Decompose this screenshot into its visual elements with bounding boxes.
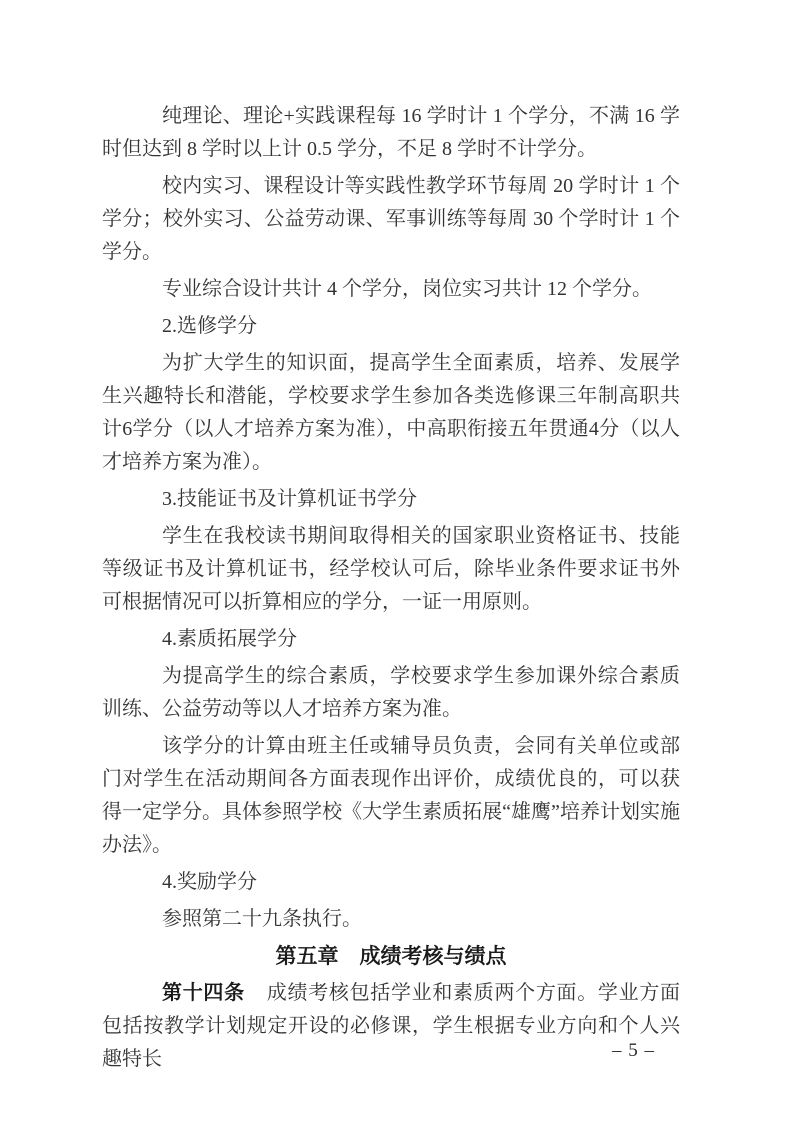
- subhead-quality-development-credits: 4.素质拓展学分: [102, 623, 680, 656]
- document-page: 纯理论、理论+实践课程每 16 学时计 1 个学分，不满 16 学时但达到 8 …: [102, 100, 680, 1080]
- article-14-label: 第十四条: [162, 982, 245, 1004]
- document-viewer: { "page": { "background_color": "#ffffff…: [0, 0, 793, 1122]
- paragraph-reward-reference: 参照第二十九条执行。: [102, 903, 680, 936]
- paragraph-credit-theory: 纯理论、理论+实践课程每 16 学时计 1 个学分，不满 16 学时但达到 8 …: [102, 100, 680, 166]
- subhead-certificate-credits: 3.技能证书及计算机证书学分: [102, 483, 680, 516]
- paragraph-certificate-credits: 学生在我校读书期间取得相关的国家职业资格证书、技能等级证书及计算机证书，经学校认…: [102, 520, 680, 619]
- paragraph-credit-design-internship: 专业综合设计共计 4 个学分，岗位实习共计 12 个学分。: [102, 273, 680, 306]
- paragraph-quality-development: 为提高学生的综合素质，学校要求学生参加课外综合素质训练、公益劳动等以人才培养方案…: [102, 660, 680, 726]
- page-number: – 5 –: [612, 1040, 655, 1062]
- subhead-elective-credits: 2.选修学分: [102, 310, 680, 343]
- paragraph-article-14: 第十四条成绩考核包括学业和素质两个方面。学业方面包括按教学计划规定开设的必修课，…: [102, 977, 680, 1076]
- paragraph-elective-credits: 为扩大学生的知识面，提高学生全面素质，培养、发展学生兴趣特长和潜能，学校要求学生…: [102, 347, 680, 479]
- paragraph-credit-practice: 校内实习、课程设计等实践性教学环节每周 20 学时计 1 个学分；校外实习、公益…: [102, 170, 680, 269]
- chapter-heading: 第五章 成绩考核与绩点: [102, 940, 680, 973]
- subhead-reward-credits: 4.奖励学分: [102, 866, 680, 899]
- paragraph-credit-evaluation: 该学分的计算由班主任或辅导员负责，会同有关单位或部门对学生在活动期间各方面表现作…: [102, 730, 680, 862]
